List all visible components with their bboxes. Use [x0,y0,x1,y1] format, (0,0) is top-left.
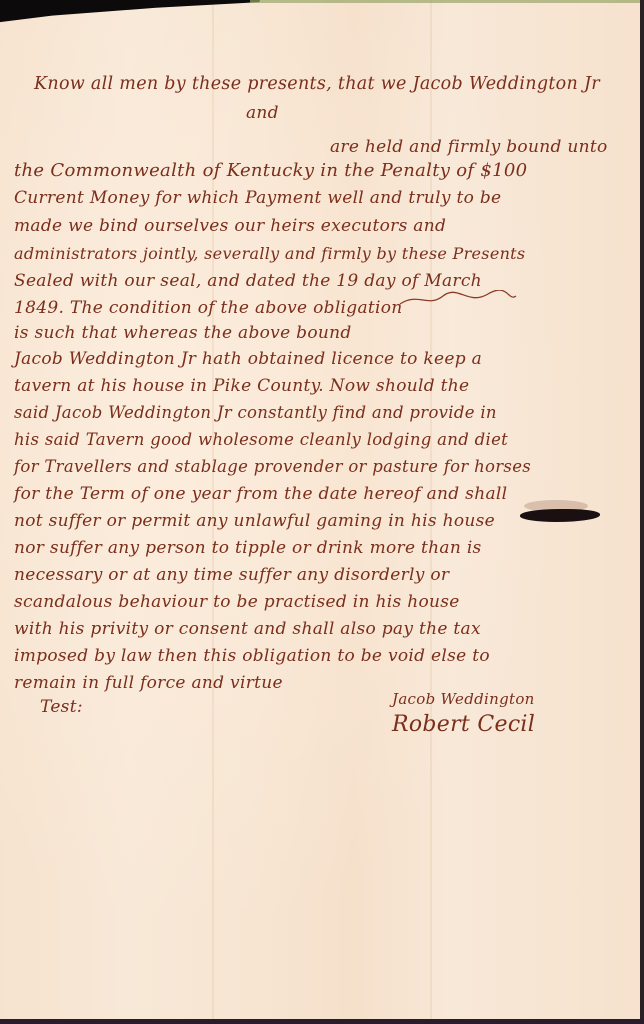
text-line: necessary or at any time suffer any diso… [14,565,449,585]
scan-edge [0,1019,644,1024]
text-line: for the Term of one year from the date h… [14,484,507,504]
text-line: imposed by law then this obligation to b… [14,646,490,666]
strikethrough-flourish [398,290,518,310]
scan-edge [250,0,644,3]
text-line: 1849. The condition of the above obligat… [14,298,403,318]
text-line: and [246,103,279,123]
signature: Jacob Weddington [392,690,535,708]
signature: Robert Cecil [392,712,535,737]
text-line: not suffer or permit any unlawful gaming… [14,511,495,531]
scan-shadow [0,0,260,26]
ink-blot [520,509,600,522]
text-line: his said Tavern good wholesome cleanly l… [14,430,508,449]
attest-label: Test: [40,697,83,717]
text-line: Sealed with our seal, and dated the 19 d… [14,271,482,291]
text-line: made we bind ourselves our heirs executo… [14,216,446,236]
text-line: nor suffer any person to tipple or drink… [14,538,482,558]
text-line: are held and firmly bound unto [330,137,608,157]
text-line: Jacob Weddington Jr hath obtained licenc… [14,349,482,369]
text-line: said Jacob Weddington Jr constantly find… [14,403,497,422]
text-line: tavern at his house in Pike County. Now … [14,376,469,396]
text-line: Know all men by these presents, that we … [34,74,600,94]
text-line: scandalous behaviour to be practised in … [14,592,460,612]
text-line: is such that whereas the above bound [14,323,352,343]
text-line: the Commonwealth of Kentucky in the Pena… [14,160,527,181]
text-line: remain in full force and virtue [14,673,283,693]
text-line: administrators jointly, severally and fi… [14,244,525,263]
scan-edge [640,0,644,1024]
document-page: Know all men by these presents, that we … [0,0,644,1024]
text-line: Current Money for which Payment well and… [14,188,501,208]
text-line: for Travellers and stablage provender or… [14,457,531,476]
text-line: with his privity or consent and shall al… [14,619,481,639]
